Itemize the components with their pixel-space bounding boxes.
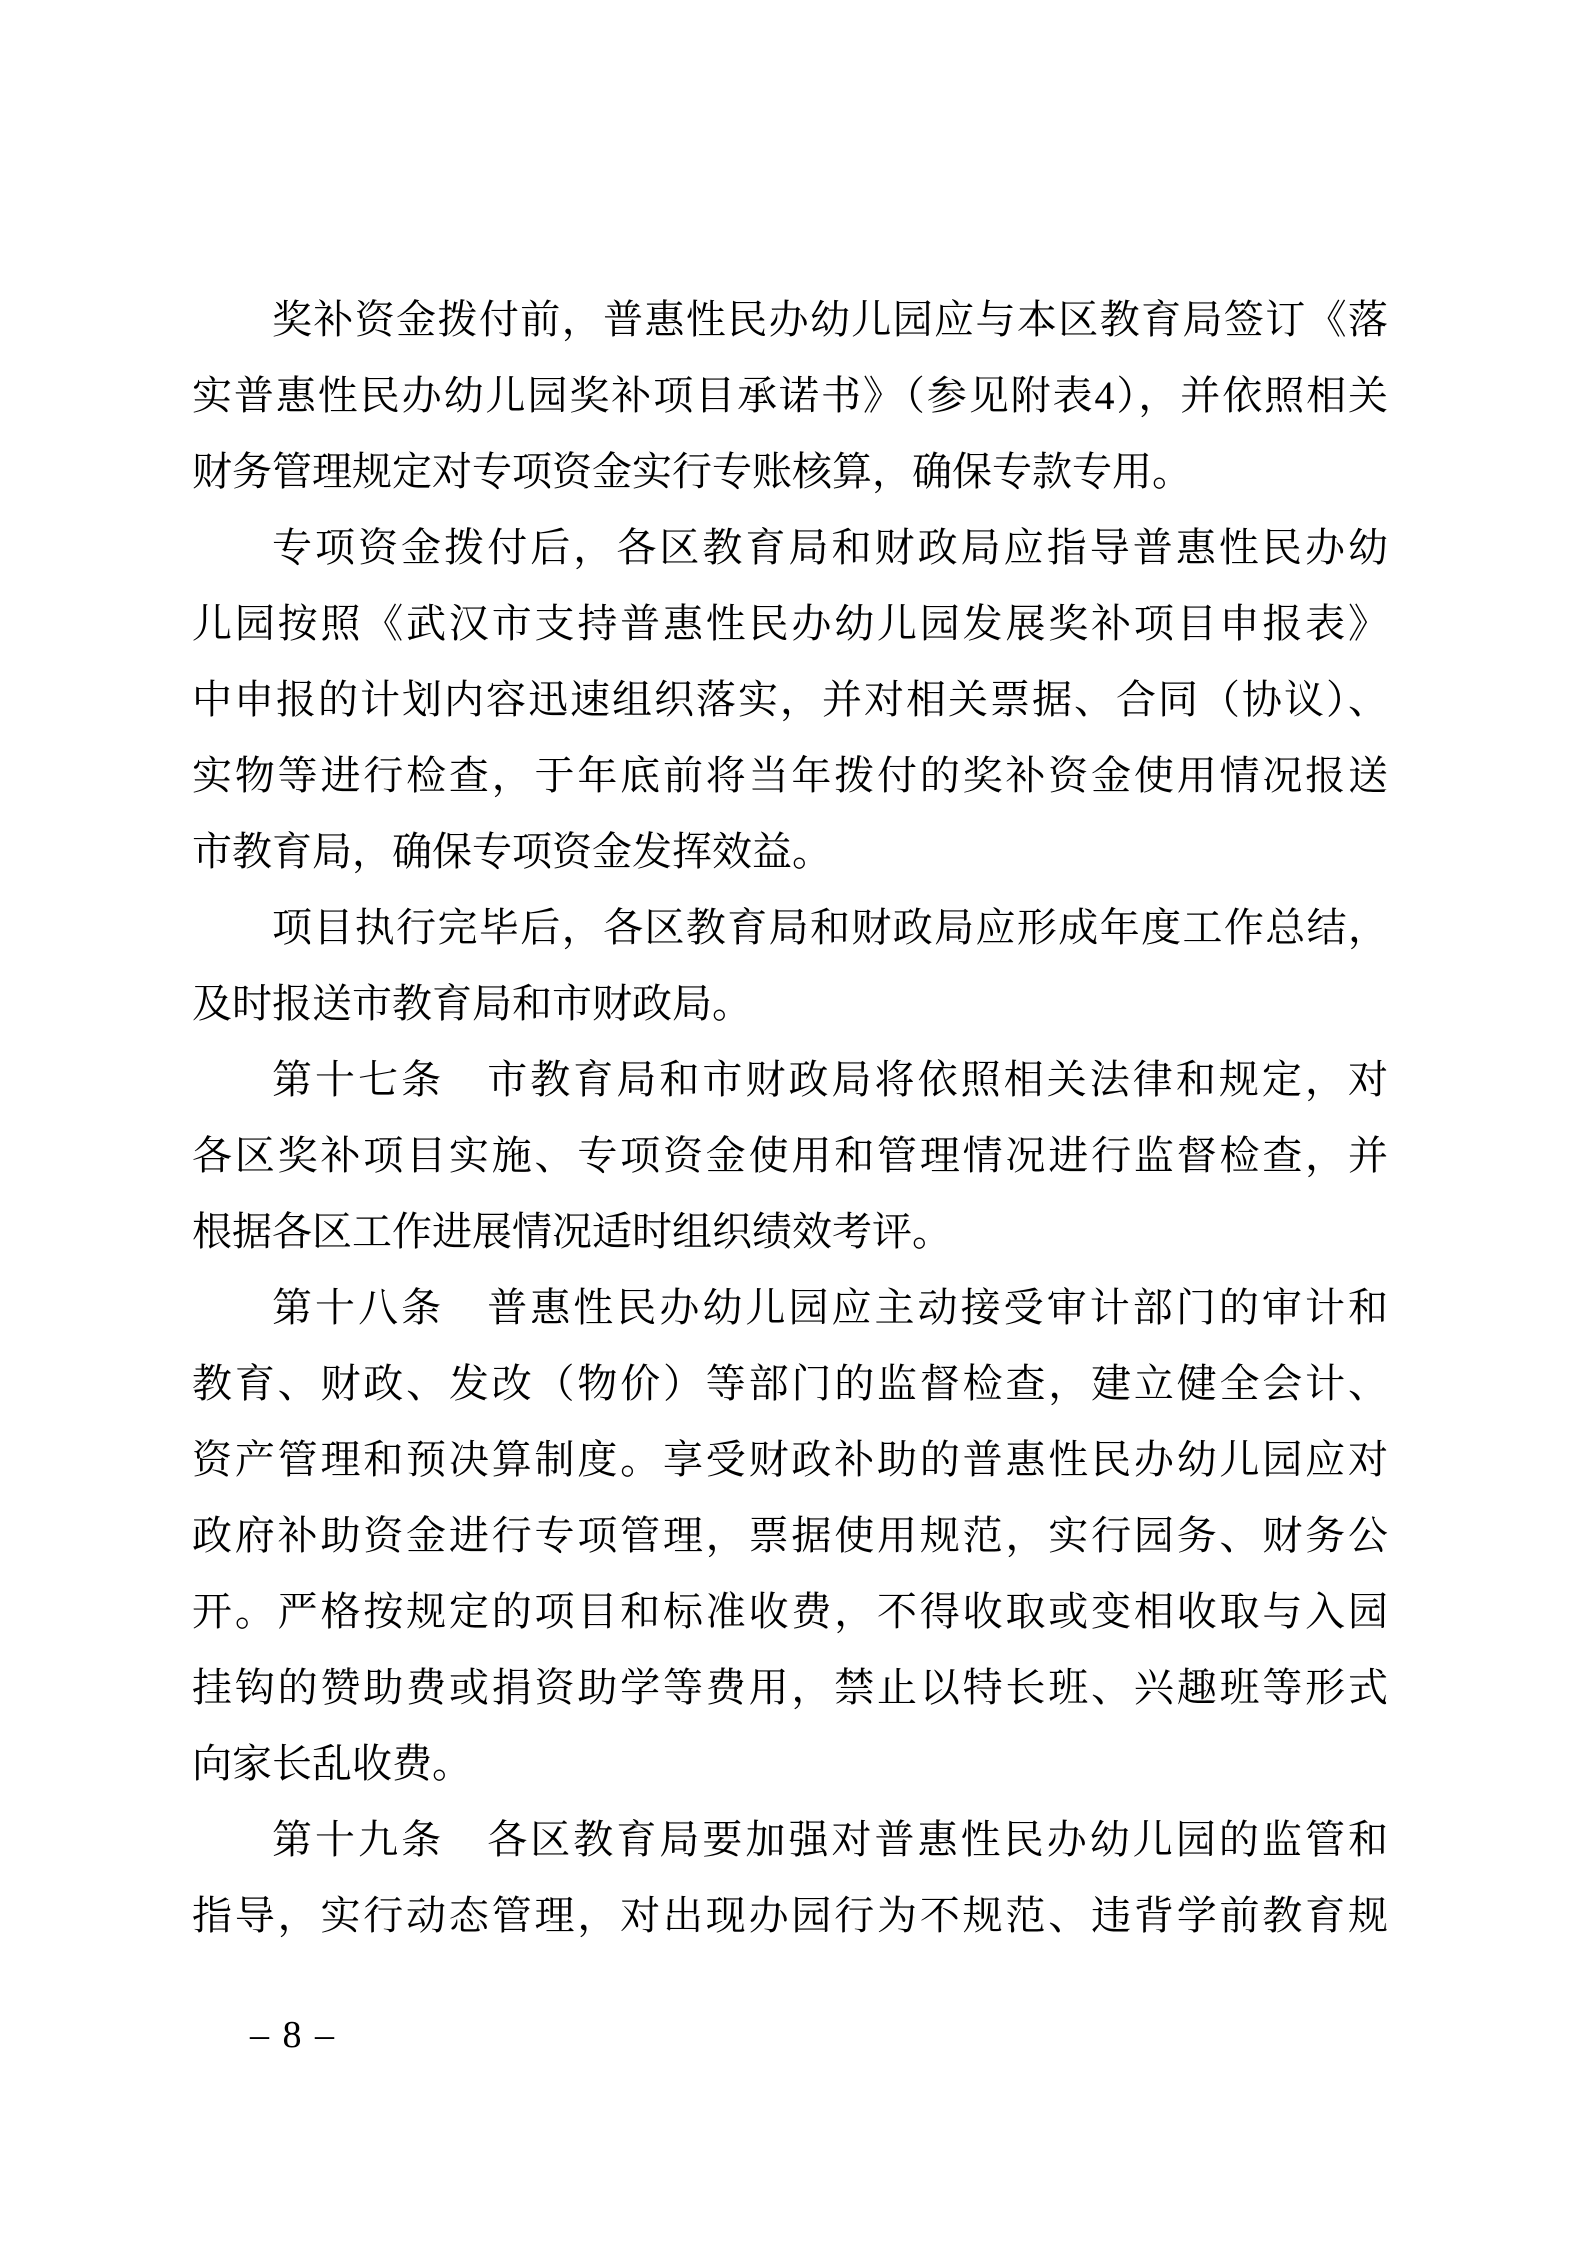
text-line: 第十九条 各区教育局要加强对普惠性民办幼儿园的监管和 <box>192 1802 1388 1878</box>
text-line: 实物等进行检查，于年底前将当年拨付的奖补资金使用情况报送 <box>192 738 1388 814</box>
document-body: 奖补资金拨付前，普惠性民办幼儿园应与本区教育局签订《落实普惠性民办幼儿园奖补项目… <box>192 282 1388 1954</box>
text-line: 中申报的计划内容迅速组织落实，并对相关票据、合同（协议）、 <box>192 662 1388 738</box>
paragraph: 项目执行完毕后，各区教育局和财政局应形成年度工作总结，及时报送市教育局和市财政局… <box>192 890 1388 1042</box>
text-line: 政府补助资金进行专项管理，票据使用规范，实行园务、财务公 <box>192 1498 1388 1574</box>
text-line: 教育、财政、发改（物价）等部门的监督检查，建立健全会计、 <box>192 1346 1388 1422</box>
text-line: 向家长乱收费。 <box>192 1726 1388 1802</box>
text-line: 财务管理规定对专项资金实行专账核算，确保专款专用。 <box>192 434 1388 510</box>
paragraph: 奖补资金拨付前，普惠性民办幼儿园应与本区教育局签订《落实普惠性民办幼儿园奖补项目… <box>192 282 1388 510</box>
text-line: 开。严格按规定的项目和标准收费，不得收取或变相收取与入园 <box>192 1574 1388 1650</box>
text-line: 奖补资金拨付前，普惠性民办幼儿园应与本区教育局签订《落 <box>192 282 1388 358</box>
text-line: 指导，实行动态管理，对出现办园行为不规范、违背学前教育规 <box>192 1878 1388 1954</box>
paragraph: 第十七条 市教育局和市财政局将依照相关法律和规定，对各区奖补项目实施、专项资金使… <box>192 1042 1388 1270</box>
text-line: 第十七条 市教育局和市财政局将依照相关法律和规定，对 <box>192 1042 1388 1118</box>
text-line: 第十八条 普惠性民办幼儿园应主动接受审计部门的审计和 <box>192 1270 1388 1346</box>
text-line: 专项资金拨付后，各区教育局和财政局应指导普惠性民办幼 <box>192 510 1388 586</box>
text-line: 市教育局，确保专项资金发挥效益。 <box>192 814 1388 890</box>
page-number: – 8 – <box>250 2014 336 2056</box>
paragraph: 专项资金拨付后，各区教育局和财政局应指导普惠性民办幼儿园按照《武汉市支持普惠性民… <box>192 510 1388 890</box>
text-line: 及时报送市教育局和市财政局。 <box>192 966 1388 1042</box>
page-footer: – 8 – <box>250 2012 336 2058</box>
text-line: 挂钩的赞助费或捐资助学等费用，禁止以特长班、兴趣班等形式 <box>192 1650 1388 1726</box>
text-line: 实普惠性民办幼儿园奖补项目承诺书》（参见附表4），并依照相关 <box>192 358 1388 434</box>
text-line: 根据各区工作进展情况适时组织绩效考评。 <box>192 1194 1388 1270</box>
text-line: 各区奖补项目实施、专项资金使用和管理情况进行监督检查，并 <box>192 1118 1388 1194</box>
document-page: 奖补资金拨付前，普惠性民办幼儿园应与本区教育局签订《落实普惠性民办幼儿园奖补项目… <box>0 0 1587 2245</box>
paragraph: 第十八条 普惠性民办幼儿园应主动接受审计部门的审计和教育、财政、发改（物价）等部… <box>192 1270 1388 1802</box>
text-line: 儿园按照《武汉市支持普惠性民办幼儿园发展奖补项目申报表》 <box>192 586 1388 662</box>
text-line: 项目执行完毕后，各区教育局和财政局应形成年度工作总结， <box>192 890 1388 966</box>
text-line: 资产管理和预决算制度。享受财政补助的普惠性民办幼儿园应对 <box>192 1422 1388 1498</box>
paragraph: 第十九条 各区教育局要加强对普惠性民办幼儿园的监管和指导，实行动态管理，对出现办… <box>192 1802 1388 1954</box>
